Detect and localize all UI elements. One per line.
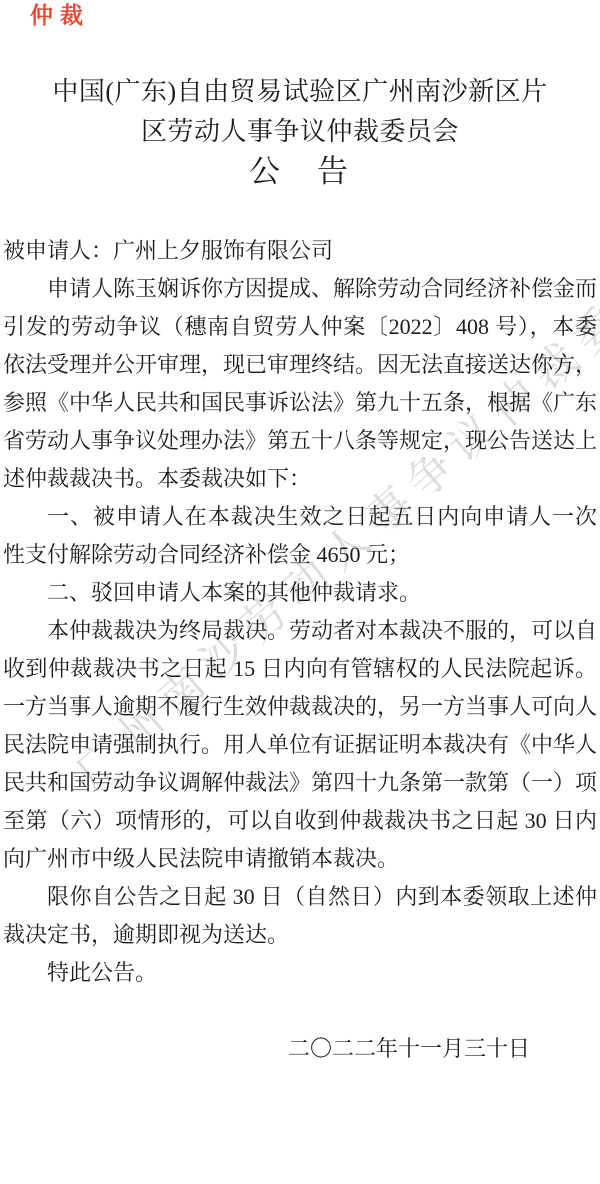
body-line: 一、被申请人在本裁决生效之日起五日内向申请人一次 <box>3 498 597 536</box>
body-line: 二、驳回申请人本案的其他仲裁请求。 <box>3 574 597 612</box>
body-line: 性支付解除劳动合同经济补偿金 4650 元； <box>3 536 597 574</box>
body-line: 向广州市中级人民法院申请撤销本裁决。 <box>3 840 597 878</box>
body-line: 省劳动人事争议处理办法》第五十八条等规定，现公告送达上 <box>3 422 597 460</box>
notice-body: 被申请人：广州上夕服饰有限公司申请人陈玉娴诉你方因提成、解除劳动合同经济补偿金而… <box>3 232 597 992</box>
body-line: 引发的劳动争议（穗南自贸劳人仲案〔2022〕408 号），本委 <box>3 308 597 346</box>
red-stamp-fragment: 仲裁 <box>30 3 90 29</box>
body-line: 依法受理并公开审理，现已审理终结。因无法直接送达你方， <box>3 346 597 384</box>
body-line: 民法院申请强制执行。用人单位有证据证明本裁决有《中华人 <box>3 726 597 764</box>
body-line: 参照《中华人民共和国民事诉讼法》第九十五条，根据《广东 <box>3 384 597 422</box>
body-line: 一方当事人逾期不履行生效仲裁裁决的，另一方当事人可向人 <box>3 688 597 726</box>
body-line: 述仲裁裁决书。本委裁决如下： <box>3 460 597 498</box>
notice-date: 二〇二二年十一月三十日 <box>0 1030 530 1068</box>
notice-title: 公 告 <box>0 152 600 192</box>
committee-title-line-2: 区劳动人事争议仲裁委员会 <box>0 112 600 152</box>
body-line: 收到仲裁裁决书之日起 15 日内向有管辖权的人民法院起诉。 <box>3 650 597 688</box>
body-line: 限你自公告之日起 30 日（自然日）内到本委领取上述仲 <box>3 878 597 916</box>
body-line: 裁决定书，逾期即视为送达。 <box>3 916 597 954</box>
body-line: 本仲裁裁决为终局裁决。劳动者对本裁决不服的，可以自 <box>3 612 597 650</box>
body-line: 民共和国劳动争议调解仲裁法》第四十九条第一款第（一）项 <box>3 764 597 802</box>
body-line: 特此公告。 <box>3 954 597 992</box>
committee-title-line-1: 中国(广东)自由贸易试验区广州南沙新区片 <box>0 72 600 112</box>
body-line: 被申请人：广州上夕服饰有限公司 <box>3 232 597 270</box>
body-line: 至第（六）项情形的，可以自收到仲裁裁决书之日起 30 日内 <box>3 802 597 840</box>
body-line: 申请人陈玉娴诉你方因提成、解除劳动合同经济补偿金而 <box>3 270 597 308</box>
notice-heading-block: 中国(广东)自由贸易试验区广州南沙新区片 区劳动人事争议仲裁委员会 公 告 <box>0 72 600 192</box>
notice-page: 广州南沙劳动人事争议仲裁委员会 仲裁 中国(广东)自由贸易试验区广州南沙新区片 … <box>0 0 600 1184</box>
